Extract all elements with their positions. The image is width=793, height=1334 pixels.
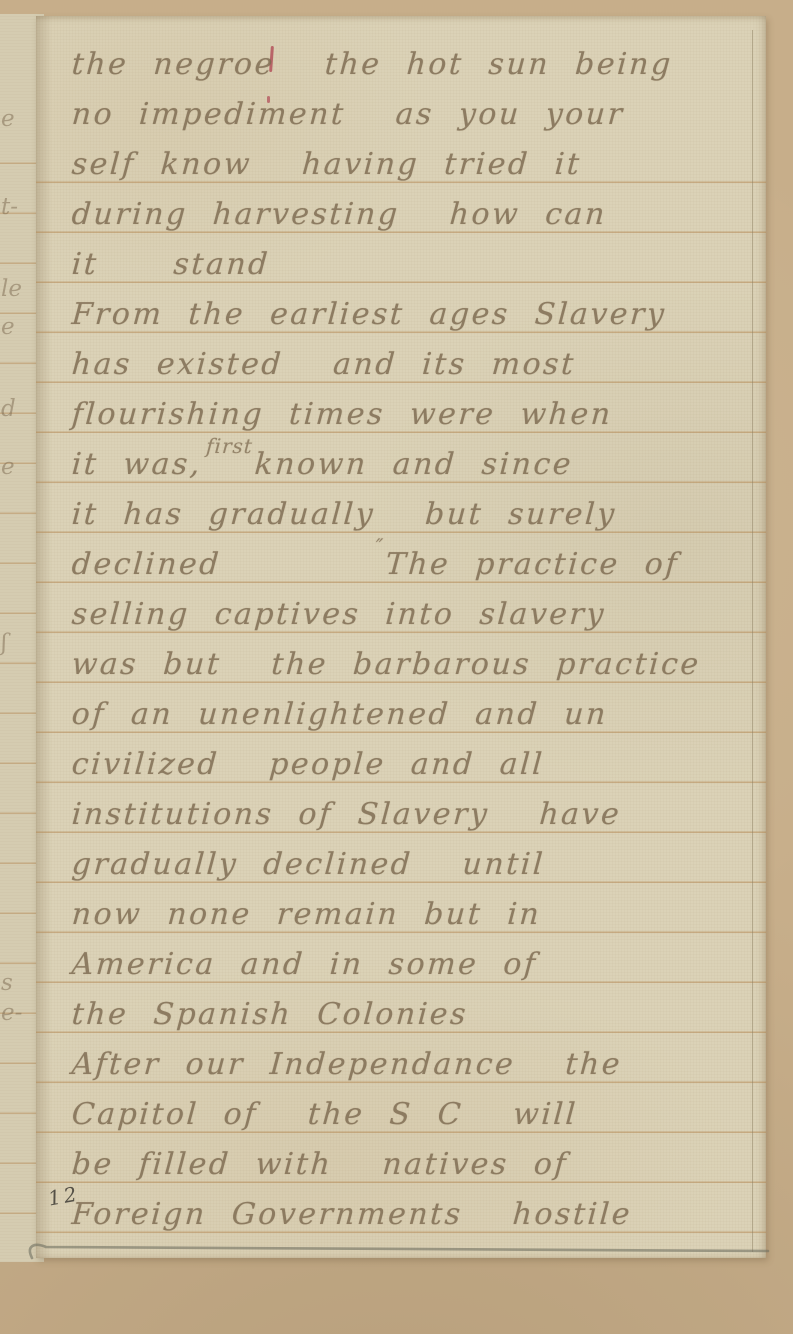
manuscript-line: From the earliest ages Slavery: [70, 290, 755, 340]
page-edge-fragment: le: [1, 278, 22, 301]
manuscript-line: be filled with natives of: [70, 1140, 755, 1190]
page-edge-fragment: e-: [1, 1002, 22, 1025]
page-edge-fragment: d: [1, 398, 16, 421]
manuscript-line: it has gradually but surely: [70, 490, 755, 540]
manuscript-line: gradually declined until: [70, 840, 755, 890]
manuscript-line: After our Independance the: [70, 1040, 755, 1090]
inserted-word-above-line: ″: [375, 534, 385, 558]
manuscript-line: it stand: [70, 240, 755, 290]
manuscript-line: it was,firstknown and since: [70, 440, 755, 490]
page-edge-fragment: e: [1, 456, 15, 479]
manuscript-line: no impediment as you your: [70, 90, 755, 140]
manuscript-line: the negroe the hot sun being: [70, 40, 755, 90]
line-text: The practice of: [384, 547, 680, 582]
inserted-word-above-line: first: [205, 434, 253, 458]
manuscript-line: Foreign Governments hostile: [70, 1190, 755, 1240]
manuscript-line: of an unenlightened and un: [70, 690, 755, 740]
manuscript-line: Capitol of the S C will: [70, 1090, 755, 1140]
page-edge-fragment: e: [1, 108, 15, 131]
manuscript-line: has existed and its most: [70, 340, 755, 390]
manuscript-line: the Spanish Colonies: [70, 990, 755, 1040]
line-text: known and since: [253, 447, 574, 482]
line-text: it was,: [71, 447, 204, 482]
page-edge-fragment: t-: [1, 196, 18, 219]
manuscript-line: self know having tried it: [70, 140, 755, 190]
page-edge-fragment: s: [1, 972, 13, 995]
page-edge-fragment: e: [1, 316, 15, 339]
photograph-of-manuscript: et-leedeʃse- the negroe the hot sun bein…: [0, 0, 793, 1334]
manuscript-line: now none remain but in: [70, 890, 755, 940]
line-text: declined: [71, 547, 373, 582]
manuscript-text: the negroe the hot sun beingno impedimen…: [70, 40, 752, 1240]
manuscript-line: selling captives into slavery: [70, 590, 755, 640]
manuscript-page: the negroe the hot sun beingno impedimen…: [36, 16, 766, 1258]
manuscript-line: institutions of Slavery have: [70, 790, 755, 840]
manuscript-line: was but the barbarous practice: [70, 640, 755, 690]
manuscript-line: America and in some of: [70, 940, 755, 990]
manuscript-line: during harvesting how can: [70, 190, 755, 240]
page-edge-fragment: ʃ: [1, 632, 7, 655]
manuscript-line: flourishing times were when: [70, 390, 755, 440]
manuscript-line: civilized people and all: [70, 740, 755, 790]
manuscript-line: declined ″The practice of: [70, 540, 755, 590]
